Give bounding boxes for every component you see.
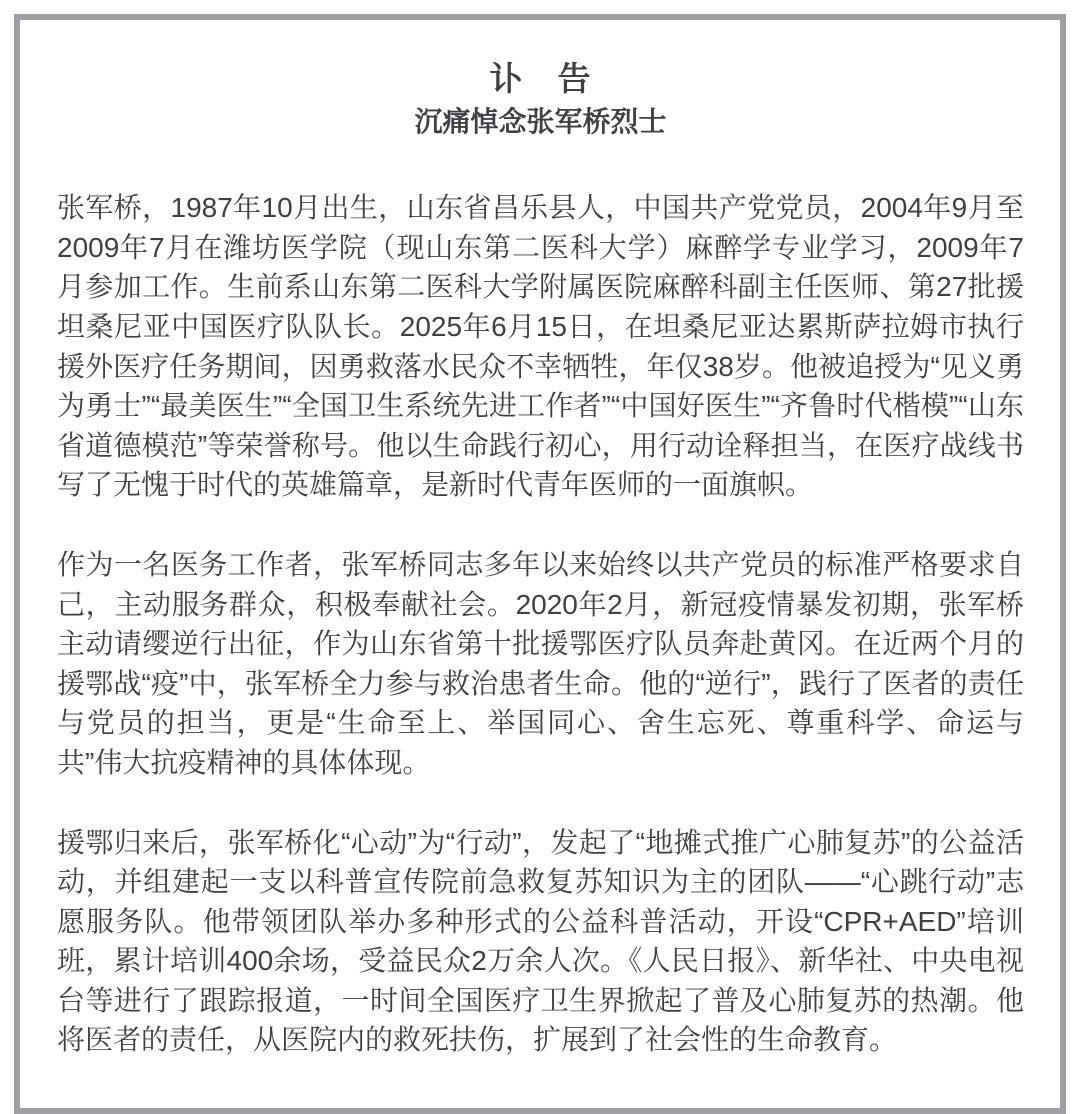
document-page-frame: 讣 告 沉痛悼念张军桥烈士 张军桥，1987年10月出生，山东省昌乐县人，中国共… — [14, 14, 1066, 1082]
paragraph-covid-service: 作为一名医务工作者，张军桥同志多年以来始终以共产党员的标准严格要求自己，主动服务… — [57, 545, 1024, 783]
obituary-document: 讣 告 沉痛悼念张军桥烈士 张军桥，1987年10月出生，山东省昌乐县人，中国共… — [20, 20, 1060, 1060]
paragraph-biography: 张军桥，1987年10月出生，山东省昌乐县人，中国共产党党员，2004年9月至2… — [57, 188, 1024, 505]
paragraph-cpr-volunteering: 援鄂归来后，张军桥化“心动”为“行动”，发起了“地摊式推广心肺复苏”的公益活动，… — [57, 823, 1024, 1061]
page-title: 讣 告 — [57, 62, 1024, 95]
page-subtitle: 沉痛悼念张军桥烈士 — [57, 106, 1024, 138]
